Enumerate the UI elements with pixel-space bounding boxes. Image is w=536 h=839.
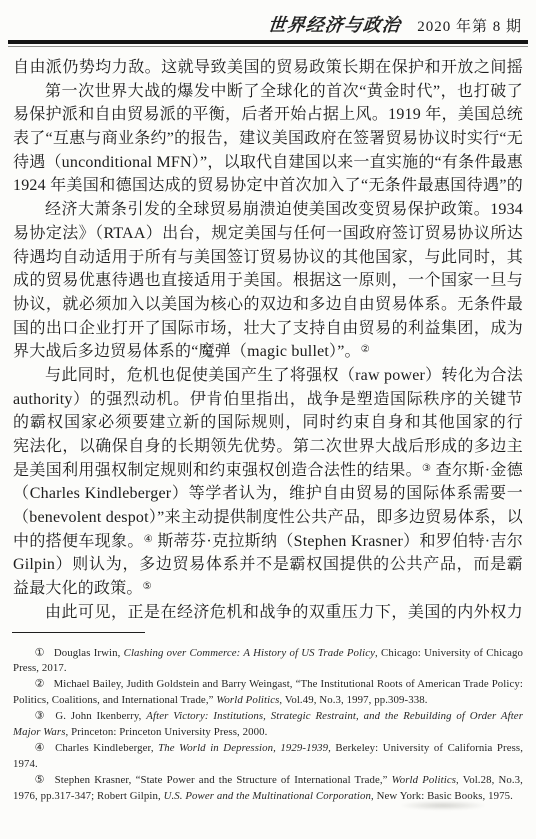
body-line: 经济大萧条引发的全球贸易崩溃迫使美国改变贸易保护政策。1934 年，《互惠贸 xyxy=(13,198,523,222)
body-line: 国的出口企业打开了国际市场，壮大了支持自由贸易的利益集团，成为推动第二次世 xyxy=(13,317,523,341)
body-text: 自由派仍势均力敌。这就导致美国的贸易政策长期在保护和开放之间摇摆。第一次世界大战… xyxy=(13,56,523,625)
body-line: （Charles Kindleberger）等学者认为，维护自由贸易的国际体系需… xyxy=(13,482,523,506)
footnote: ③G. John Ikenberry, After Victory: Insti… xyxy=(13,709,523,741)
body-line: 益最大化的政策。⑤ xyxy=(13,577,523,601)
body-line: 界大战后多边贸易体系的“魔弹（magic bullet）”。② xyxy=(13,340,523,364)
body-line: 成的贸易优惠待遇也直接适用于美国。根据这一原则，一个国家一旦与美国签订贸易 xyxy=(13,269,523,293)
body-line: 中的搭便车现象。④ 斯蒂芬·克拉斯纳（Stephen Krasner）和罗伯特·… xyxy=(13,530,523,554)
footnote-text: Charles Kindleberger, xyxy=(55,742,158,754)
footnote-text: Douglas Irwin, xyxy=(54,647,124,659)
body-line: 协议，就必须加入以美国为核心的双边和多边自由贸易体系。无条件最惠国待遇为美 xyxy=(13,293,523,317)
footnote-text: G. John Ikenberry, xyxy=(55,710,146,722)
body-line: 由此可见，正是在经济危机和战争的双重压力下，美国的内外权力结构发生了重 xyxy=(13,601,523,625)
body-line: 易保护派和自由贸易派的平衡，后者开始占据上风。1919 年，美国总统关税委员会发 xyxy=(13,103,523,127)
footnote-separator xyxy=(12,632,145,633)
journal-page: 世界经济与政治 2020 年第 8 期 自由派仍势均力敌。这就导致美国的贸易政策… xyxy=(0,0,536,839)
footnote-marker: ⑤ xyxy=(35,774,46,786)
body-line: 待遇（unconditional MFN）”，以取代自建国以来一直实施的“有条件… xyxy=(13,151,523,175)
footnote: ④Charles Kindleberger, The World in Depr… xyxy=(13,741,523,773)
footnote-title-italic: U.S. Power and the Multinational Corpora… xyxy=(164,790,371,802)
footnote-title-italic: World Politics xyxy=(216,694,279,706)
footnote-reference-mark: ② xyxy=(361,344,370,355)
footnote-marker: ③ xyxy=(35,710,47,722)
footnote: ①Douglas Irwin, Clashing over Commerce: … xyxy=(13,646,523,678)
header-rule xyxy=(8,40,528,47)
body-line: 表了“互惠与商业条约”的报告，建议美国政府在签署贸易协议时实行“无条件最惠国 xyxy=(13,127,523,151)
journal-logo: 世界经济与政治 xyxy=(267,11,403,37)
footnote: ⑤Stephen Krasner, “State Power and the S… xyxy=(13,773,523,805)
footnote-reference-mark: ④ xyxy=(144,534,153,545)
body-line: 是美国利用强权制定规则和约束强权创造合法性的结果。③ 查尔斯·金德尔伯格 xyxy=(13,459,523,483)
issue-label: 2020 年第 8 期 xyxy=(417,15,522,36)
footnote-text: Stephen Krasner, “State Power and the St… xyxy=(55,774,392,786)
header-rule-thin xyxy=(8,46,528,47)
footnote-marker: ① xyxy=(35,647,45,659)
body-line: authority）的强烈动机。伊肯伯里指出，战争是塑造国际秩序的关键节点。战争… xyxy=(13,388,523,412)
body-line: 第一次世界大战的爆发中断了全球化的首次“黄金时代”，也打破了美国国内贸 xyxy=(13,80,523,104)
header-rule-thick xyxy=(8,40,528,44)
body-line: 与此同时，危机也促使美国产生了将强权（raw power）转化为合法权力（leg… xyxy=(13,364,523,388)
footnotes: ①Douglas Irwin, Clashing over Commerce: … xyxy=(13,646,523,805)
footnote-reference-mark: ③ xyxy=(422,463,431,474)
footnote-title-italic: Clashing over Commerce: A History of US … xyxy=(124,647,375,659)
footnote-marker: ④ xyxy=(35,742,47,754)
footnote-marker: ② xyxy=(35,678,45,690)
footnote: ②Michael Bailey, Judith Goldstein and Ba… xyxy=(13,677,523,709)
body-line: Gilpin）则认为，多边贸易体系并不是霸权国提供的公共产品，而是霸权国实现自身… xyxy=(13,553,523,577)
body-line: 易协定法》（RTAA）出台，规定美国与任何一国政府签订贸易协议所达成的关税减让 xyxy=(13,222,523,246)
body-line: 自由派仍势均力敌。这就导致美国的贸易政策长期在保护和开放之间摇摆。 xyxy=(13,56,523,80)
body-line: 1924 年美国和德国达成的贸易协定中首次加入了“无条件最惠国待遇”的条款。① xyxy=(13,174,523,198)
footnote-text: , Princeton: Princeton University Press,… xyxy=(66,726,268,738)
footnote-reference-mark: ⑤ xyxy=(143,581,152,592)
body-line: 宪法化，以确保自身的长期领先优势。第二次世界大战后形成的多边主义国际体系就 xyxy=(13,435,523,459)
footnote-text: , New York: Basic Books, 1975. xyxy=(371,790,513,802)
footnote-title-italic: World Politics xyxy=(392,774,456,786)
body-line: （benevolent despot）”来主动提供制度性公共产品，即多边贸易体系… xyxy=(13,506,523,530)
scan-smudge-artifact xyxy=(402,801,484,810)
body-line: 的霸权国家必须要建立新的国际规则，同时约束自身和其他国家的行为，使国际规则 xyxy=(13,411,523,435)
footnote-title-italic: The World in Depression, 1929-1939 xyxy=(158,742,328,754)
footnote-text: , Vol.49, No.3, 1997, pp.309-338. xyxy=(279,694,427,706)
page-header: 世界经济与政治 2020 年第 8 期 xyxy=(0,0,536,37)
body-line: 待遇均自动适用于所有与美国签订贸易协议的其他国家，与此同时，其他国家之间达 xyxy=(13,246,523,270)
